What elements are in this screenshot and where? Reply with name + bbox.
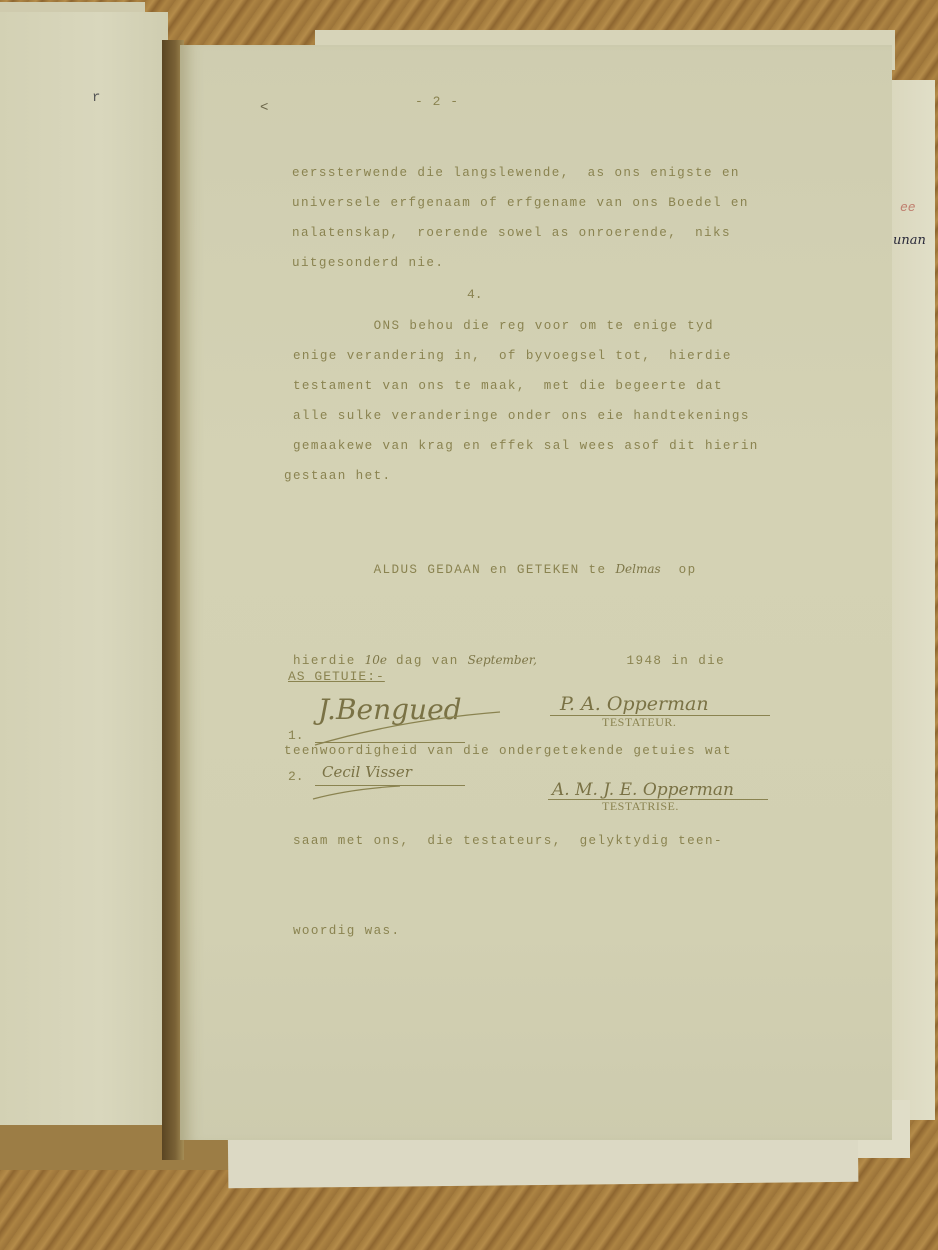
text-line: enige verandering in, of byvoegsel tot, … <box>284 341 759 371</box>
left-sheet: r <box>0 12 168 1142</box>
left-sheet-mark: r <box>92 90 100 106</box>
testator-label: TESTATEUR. <box>602 715 676 730</box>
text-segment: dag van <box>387 654 468 668</box>
text-segment: 1948 in die <box>537 654 725 668</box>
text-line: alle sulke veranderinge onder ons eie ha… <box>284 401 759 431</box>
text-line: universele erfgenaam of erfgename van on… <box>292 188 749 218</box>
testatrix-label: TESTATRISE. <box>602 799 679 814</box>
witness-2-flourish <box>310 783 430 803</box>
text-line: eerssterwende die langslewende, as ons e… <box>292 158 749 188</box>
testator-signature: P. A. Opperman <box>560 693 709 715</box>
text-segment: ALDUS GEDAAN en GETEKEN te <box>284 563 615 577</box>
witness-1-flourish <box>310 700 510 760</box>
text-segment: op <box>661 563 697 577</box>
handwritten-place: Delmas <box>615 562 660 576</box>
witness-heading: AS GETUIE:- <box>288 669 385 684</box>
witness-2-number: 2. <box>288 769 304 784</box>
section-number: 4. <box>467 287 483 302</box>
text-line: saam met ons, die testateurs, gelyktydig… <box>284 826 732 856</box>
text-line: testament van ons te maak, met die begee… <box>284 371 759 401</box>
testatrix-signature: A. M. J. E. Opperman <box>552 780 734 800</box>
handwritten-month: September, <box>468 653 537 667</box>
corner-tick-mark: < <box>260 100 268 116</box>
right-sheet-ink-mark: unan <box>893 233 926 248</box>
paragraph-amendments: ONS behou die reg voor om te enige tyd e… <box>284 311 759 491</box>
text-line: nalatenskap, roerende sowel as onroerend… <box>292 218 749 248</box>
text-line: gestaan het. <box>284 461 759 491</box>
paragraph-inheritance: eerssterwende die langslewende, as ons e… <box>292 158 749 278</box>
text-line: uitgesonderd nie. <box>292 248 749 278</box>
witness-1-number: 1. <box>288 728 304 743</box>
text-line: woordig was. <box>284 916 732 946</box>
will-page: < - 2 - eerssterwende die langslewende, … <box>180 45 892 1140</box>
witness-2-signature: Cecil Visser <box>322 763 412 781</box>
text-segment: hierdie <box>284 654 365 668</box>
text-line: gemaakewe van krag en effek sal wees aso… <box>284 431 759 461</box>
right-sheet-red-mark: ee <box>900 200 916 215</box>
text-line: ONS behou die reg voor om te enige tyd <box>284 311 759 341</box>
handwritten-day: 10e <box>365 653 387 667</box>
page-number: - 2 - <box>415 94 459 109</box>
text-line: ALDUS GEDAAN en GETEKEN te Delmas op <box>284 554 732 585</box>
